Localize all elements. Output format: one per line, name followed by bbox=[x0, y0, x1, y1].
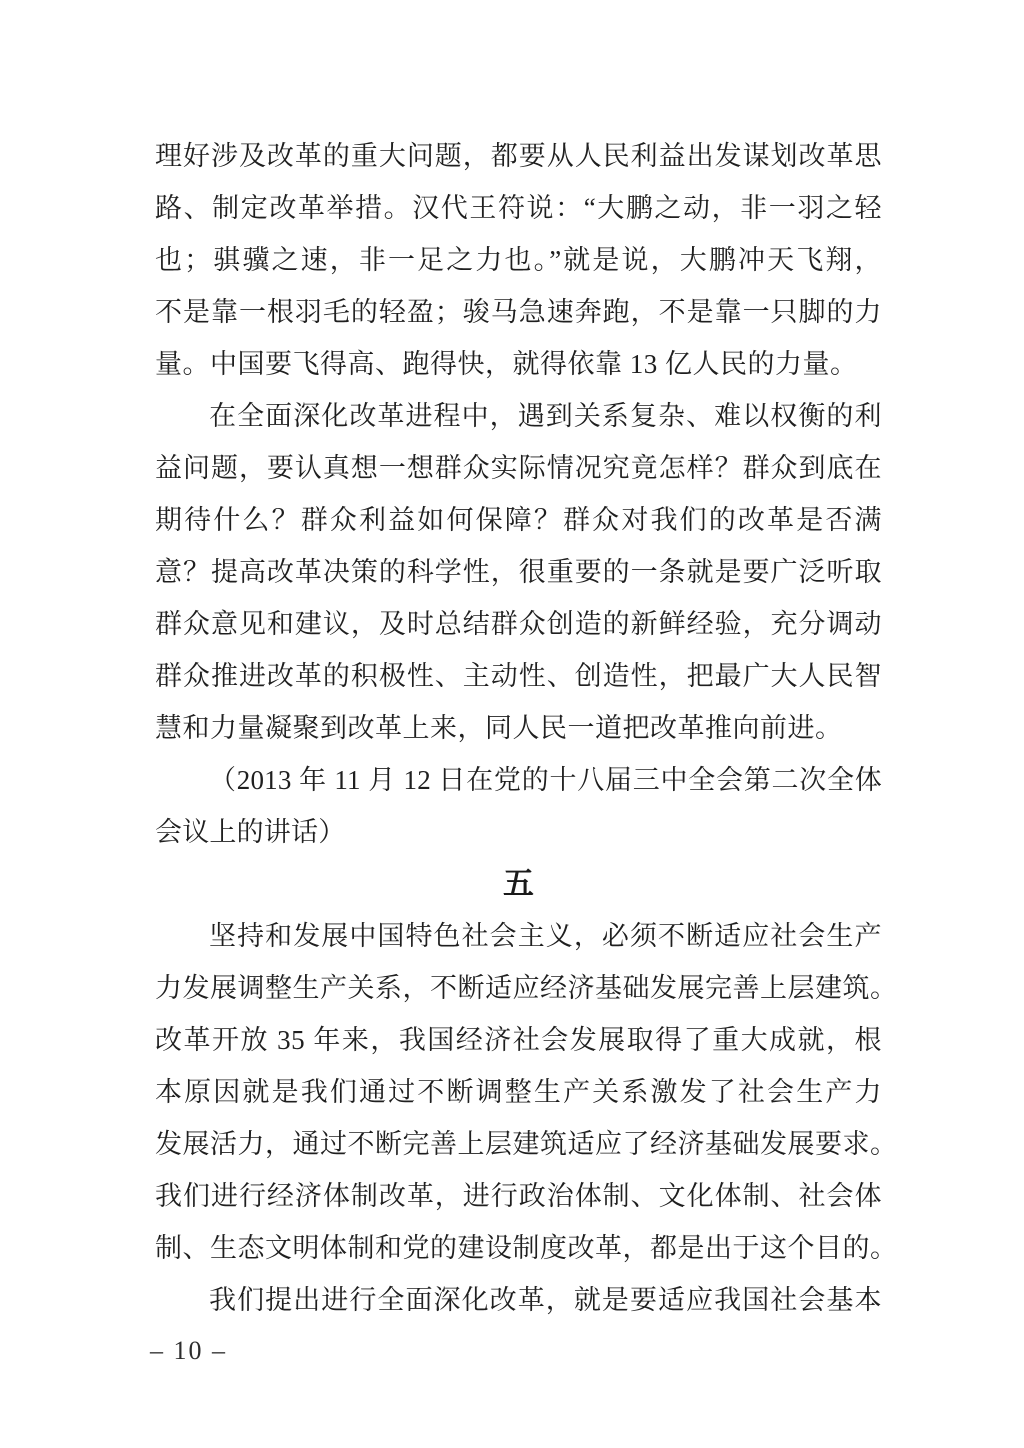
text-line: 在全面深化改革进程中，遇到关系复杂、难以权衡的利 bbox=[155, 390, 882, 442]
text-line: 益问题，要认真想一想群众实际情况究竟怎样？群众到底在 bbox=[155, 442, 882, 494]
text-line: 群众推进改革的积极性、主动性、创造性，把最广大人民智 bbox=[155, 650, 882, 702]
text-line: 量。中国要飞得高、跑得快，就得依靠 13 亿人民的力量。 bbox=[155, 338, 882, 390]
text-line: 路、制定改革举措。汉代王符说：“大鹏之动，非一羽之轻 bbox=[155, 182, 882, 234]
page-body-text: 理好涉及改革的重大问题，都要从人民利益出发谋划改革思 路、制定改革举措。汉代王符… bbox=[155, 130, 882, 1326]
text-line: 制、生态文明体制和党的建设制度改革，都是出于这个目的。 bbox=[155, 1222, 882, 1274]
text-line: 坚持和发展中国特色社会主义，必须不断适应社会生产 bbox=[155, 910, 882, 962]
text-line: 慧和力量凝聚到改革上来，同人民一道把改革推向前进。 bbox=[155, 702, 882, 754]
text-line: 力发展调整生产关系，不断适应经济基础发展完善上层建筑。 bbox=[155, 962, 882, 1014]
text-line: 改革开放 35 年来，我国经济社会发展取得了重大成就，根 bbox=[155, 1014, 882, 1066]
text-line: 群众意见和建议，及时总结群众创造的新鲜经验，充分调动 bbox=[155, 598, 882, 650]
text-line: 本原因就是我们通过不断调整生产关系激发了社会生产力 bbox=[155, 1066, 882, 1118]
paragraph-continuing: 我们提出进行全面深化改革，就是要适应我国社会基本 bbox=[155, 1274, 882, 1326]
text-line: 期待什么？群众利益如何保障？群众对我们的改革是否满 bbox=[155, 494, 882, 546]
paragraph-continued: 理好涉及改革的重大问题，都要从人民利益出发谋划改革思 路、制定改革举措。汉代王符… bbox=[155, 130, 882, 390]
text-line: 我们提出进行全面深化改革，就是要适应我国社会基本 bbox=[155, 1274, 882, 1326]
text-line: 也；骐骥之速，非一足之力也。”就是说，大鹏冲天飞翔， bbox=[155, 234, 882, 286]
paragraph: 在全面深化改革进程中，遇到关系复杂、难以权衡的利 益问题，要认真想一想群众实际情… bbox=[155, 390, 882, 754]
text-line: 意？提高改革决策的科学性，很重要的一条就是要广泛听取 bbox=[155, 546, 882, 598]
citation-line: 会议上的讲话） bbox=[155, 806, 882, 858]
page-footer: – 10 – bbox=[150, 1336, 227, 1366]
text-line: 理好涉及改革的重大问题，都要从人民利益出发谋划改革思 bbox=[155, 130, 882, 182]
text-line: 发展活力，通过不断完善上层建筑适应了经济基础发展要求。 bbox=[155, 1118, 882, 1170]
text-line: 我们进行经济体制改革，进行政治体制、文化体制、社会体 bbox=[155, 1170, 882, 1222]
document-page: 理好涉及改革的重大问题，都要从人民利益出发谋划改革思 路、制定改革举措。汉代王符… bbox=[0, 0, 1024, 1448]
paragraph: 坚持和发展中国特色社会主义，必须不断适应社会生产 力发展调整生产关系，不断适应经… bbox=[155, 910, 882, 1274]
section-heading: 五 bbox=[155, 858, 882, 910]
text-line: 不是靠一根羽毛的轻盈；骏马急速奔跑，不是靠一只脚的力 bbox=[155, 286, 882, 338]
page-number: – 10 – bbox=[150, 1336, 227, 1365]
citation-paragraph: （2013 年 11 月 12 日在党的十八届三中全会第二次全体 会议上的讲话） bbox=[155, 754, 882, 858]
citation-line: （2013 年 11 月 12 日在党的十八届三中全会第二次全体 bbox=[155, 754, 882, 806]
